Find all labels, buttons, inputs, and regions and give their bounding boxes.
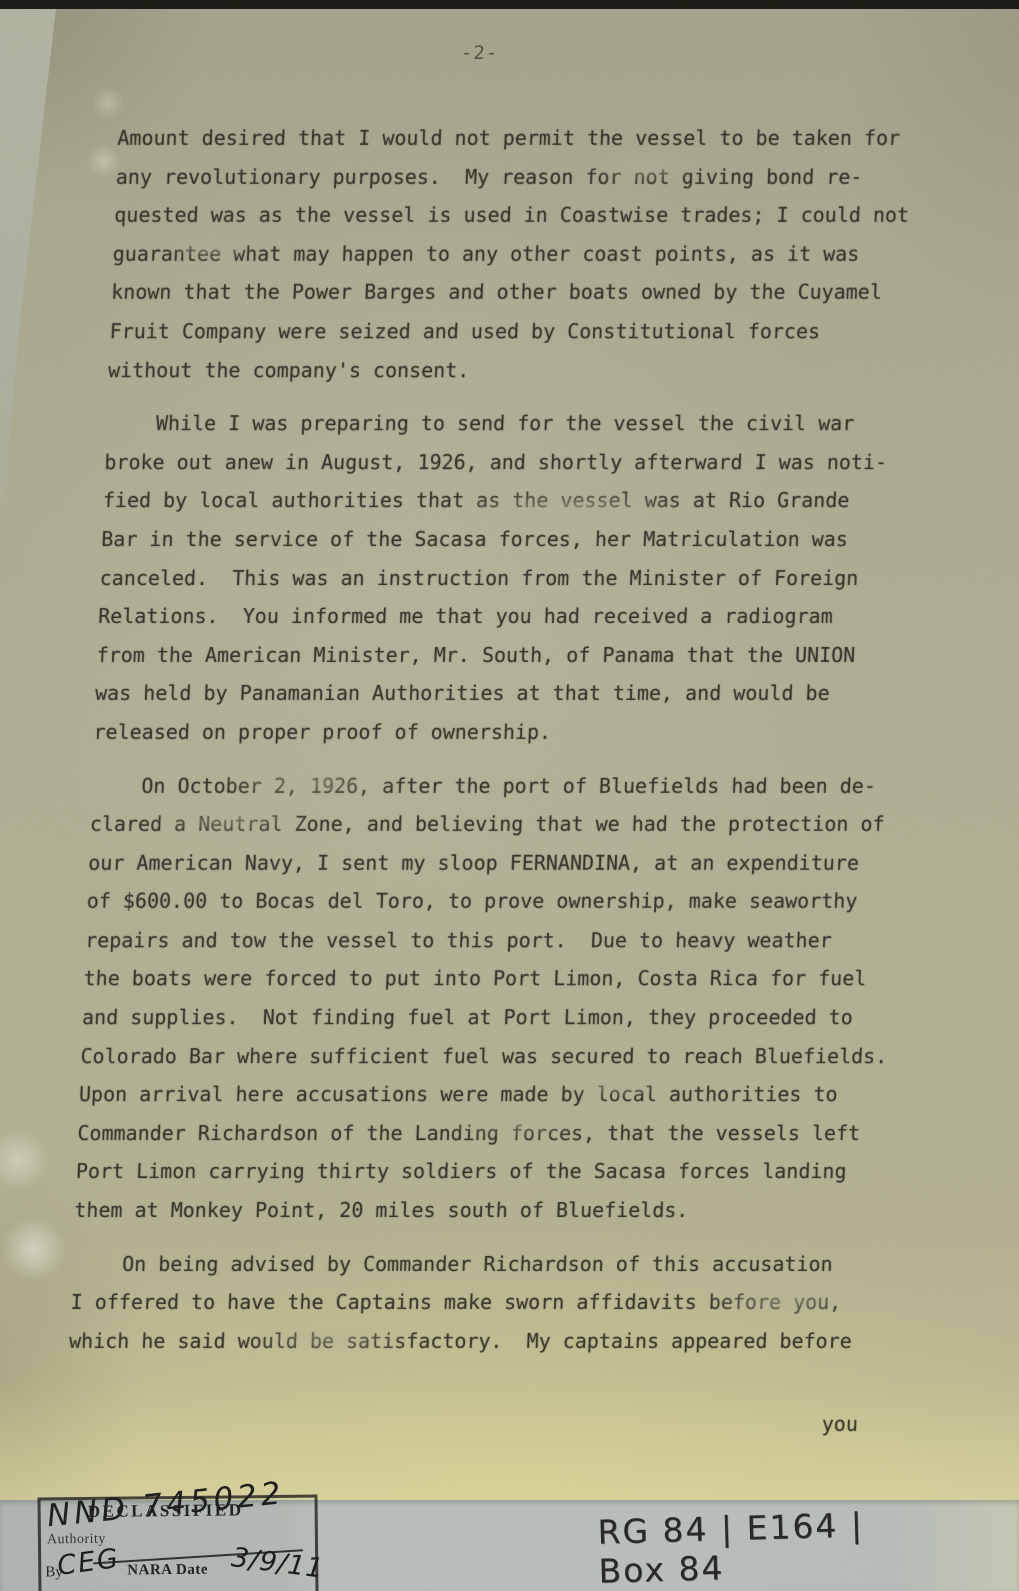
text-line: Fruit Company were seized and used by Co…	[109, 312, 941, 351]
text-line: quested was as the vessel is used in Coa…	[114, 196, 946, 235]
text-line: Colorado Bar where sufficient fuel was s…	[80, 1037, 912, 1076]
text-line: them at Monkey Point, 20 miles south of …	[74, 1191, 906, 1230]
text-line: known that the Power Barges and other bo…	[110, 273, 942, 312]
text-line: was held by Panamanian Authorities at th…	[94, 674, 926, 713]
text-line: fied by local authorities that as the ve…	[102, 481, 934, 520]
typed-text-block: -2- Amount desired that I would not perm…	[65, 0, 953, 1436]
text-line: the boats were forced to put into Port L…	[83, 959, 915, 998]
document-scan: -2- Amount desired that I would not perm…	[0, 0, 1019, 1591]
declassified-stamp: DECLASSIFIED Authority NND 745022 By CEG…	[37, 1495, 318, 1591]
text-line: our American Navy, I sent my sloop FERNA…	[88, 844, 920, 883]
text-line: On being advised by Commander Richardson…	[71, 1245, 903, 1284]
text-line: repairs and tow the vessel to this port.…	[84, 921, 916, 960]
text-line: Commander Richardson of the Landing forc…	[77, 1114, 909, 1153]
text-line: While I was preparing to send for the ve…	[105, 404, 937, 443]
date-handwritten-value: 3/9/11	[230, 1542, 326, 1585]
paragraph: On October 2, 1926, after the port of Bl…	[74, 767, 923, 1230]
text-line: clared a Neutral Zone, and believing tha…	[89, 805, 921, 844]
paragraph: On being advised by Commander Richardson…	[68, 1245, 903, 1361]
text-line: which he said would be satisfactory. My …	[68, 1322, 900, 1361]
text-line: any revolutionary purposes. My reason fo…	[115, 158, 947, 197]
text-line: On October 2, 1926, after the port of Bl…	[91, 767, 923, 806]
text-line: Port Limon carrying thirty soldiers of t…	[75, 1152, 907, 1191]
record-group-annotation: RG 84 | E164 | Box 84	[597, 1503, 939, 1590]
document-body: Amount desired that I would not permit t…	[68, 119, 948, 1360]
text-line: Amount desired that I would not permit t…	[117, 119, 949, 158]
punch-hole	[2, 1216, 66, 1282]
text-line: of $600.00 to Bocas del Toro, to prove o…	[86, 882, 918, 921]
paragraph: While I was preparing to send for the ve…	[93, 404, 937, 751]
text-line: from the American Minister, Mr. South, o…	[96, 636, 928, 675]
text-line: guarantee what may happen to any other c…	[112, 235, 944, 274]
text-line: Upon arrival here accusations were made …	[78, 1075, 910, 1114]
text-line: Relations. You informed me that you had …	[97, 597, 929, 636]
page-number: -2-	[460, 42, 498, 64]
text-line: released on proper proof of ownership.	[93, 713, 925, 752]
nara-date-label: NARA Date	[127, 1562, 208, 1580]
text-line: canceled. This was an instruction from t…	[99, 559, 931, 598]
text-line: broke out anew in August, 1926, and shor…	[104, 443, 936, 482]
text-line: Bar in the service of the Sacasa forces,…	[101, 520, 933, 559]
paragraph: Amount desired that I would not permit t…	[107, 119, 948, 389]
by-handwritten-initials: CEG	[55, 1543, 121, 1582]
text-line: and supplies. Not finding fuel at Port L…	[81, 998, 913, 1037]
catchword: you	[65, 1412, 896, 1436]
text-line: I offered to have the Captains make swor…	[70, 1283, 902, 1322]
text-line: without the company's consent.	[107, 351, 939, 390]
